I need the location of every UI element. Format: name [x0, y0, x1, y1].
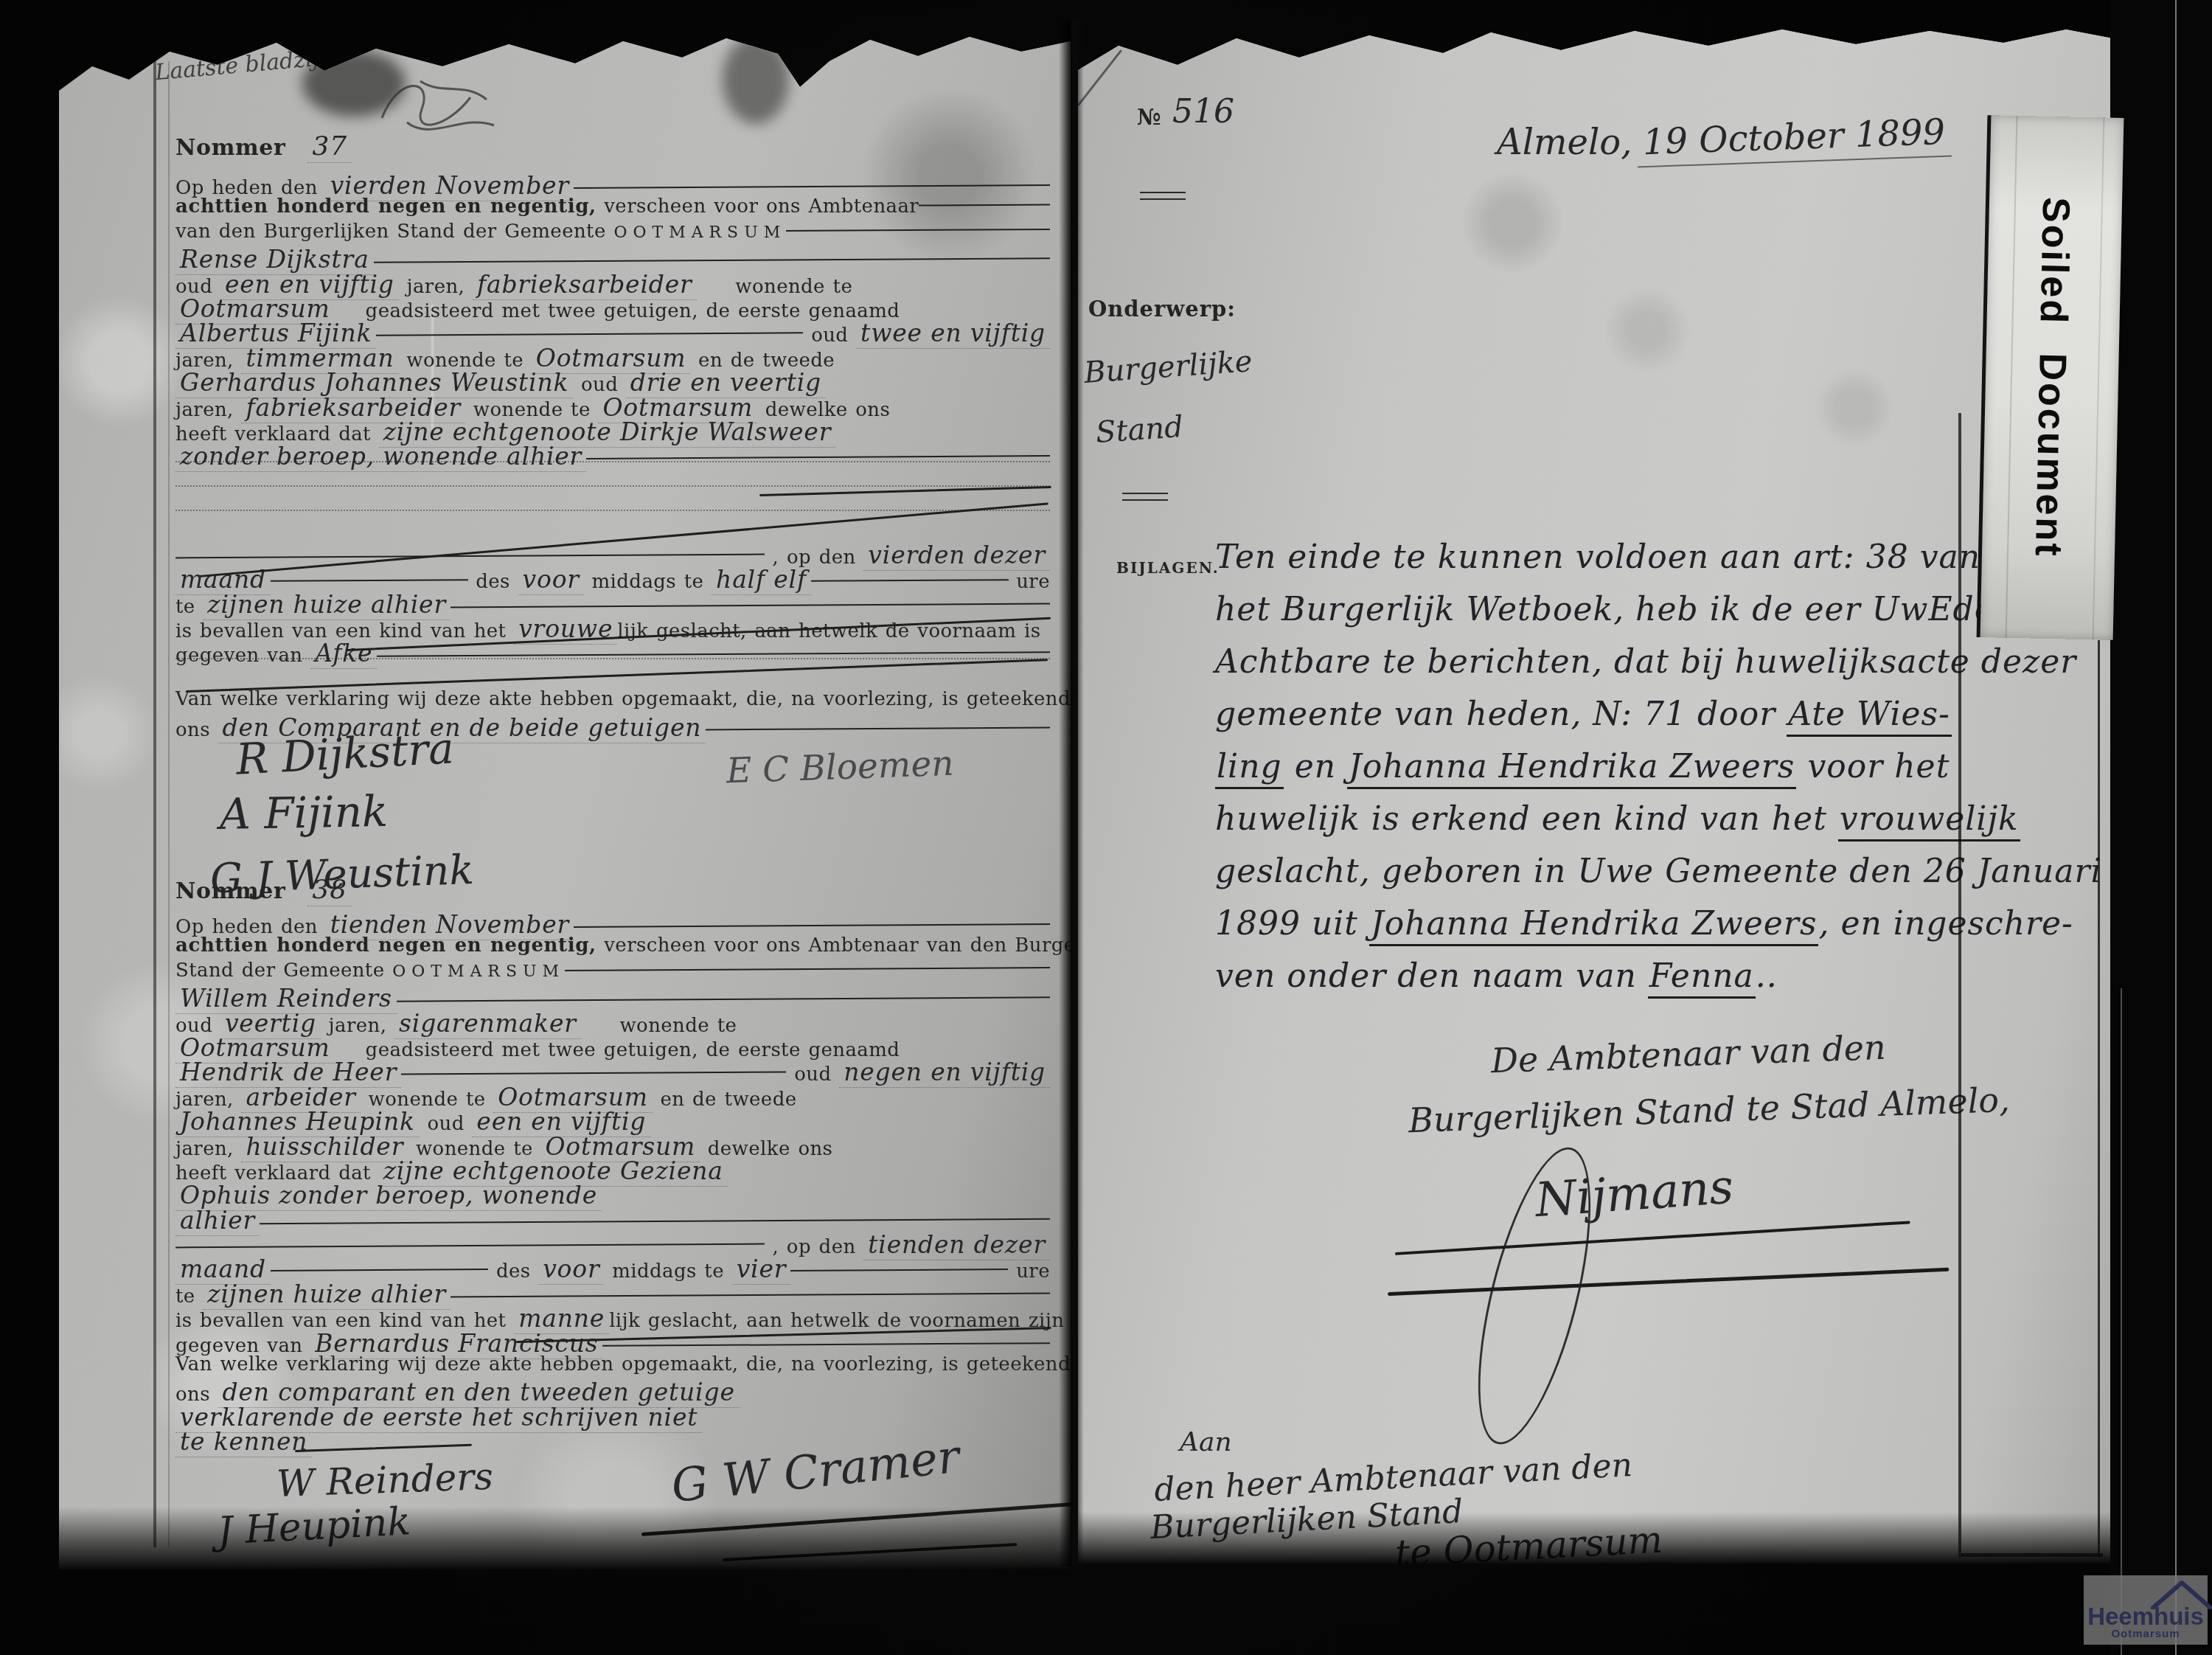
printed-text: wonende te [728, 276, 853, 298]
letter-page: № 516 Onderwerp: Burgerlijke Stand BIJLA… [1078, 22, 2112, 1564]
ink-rule [811, 579, 1009, 582]
signature-registrar: E C Bloemen [726, 743, 954, 792]
form-line: jaren, fabrieksarbeider wonende te Ootma… [175, 393, 1050, 417]
form-line: Op heden den tienden November [175, 910, 1050, 934]
signature-witness: J Heupink [217, 1499, 412, 1554]
act-38-lines: Op heden den tienden Novemberachttien ho… [175, 910, 1050, 1452]
printed-text: wonende te [612, 1015, 737, 1037]
printed-text: lijk geslacht, aan hetwelk de voornaam i… [617, 620, 1040, 642]
form-line [175, 516, 1050, 540]
handwritten-text: half elf [712, 565, 811, 595]
printed-text: jaren, [399, 276, 473, 298]
handwritten-underlined: Fenna [1648, 957, 1756, 999]
printed-text: Van welke verklaring wij deze akte hebbe… [175, 688, 1124, 710]
dotted-blank [175, 485, 1050, 487]
act-number-value: 37 [307, 131, 351, 163]
roof-icon [2150, 1580, 2212, 1609]
printed-text: ons [175, 719, 218, 741]
printed-text: verscheen voor ons Ambtenaar [597, 195, 919, 218]
form-line: achttien honderd negen en negentig, vers… [175, 934, 1050, 959]
form-line: verklarende de eerste het schrijven niet [175, 1403, 1050, 1427]
number-label: № [1137, 105, 1161, 131]
form-line: Ootmarsumgeadsisteerd met twee getuigen,… [175, 1033, 1050, 1058]
handwritten-text: te kennen [175, 1427, 312, 1457]
handwritten-text: zijnen huize alhier [203, 590, 451, 620]
printed-text: des [468, 571, 518, 593]
handwritten-text: tienden dezer [863, 1230, 1050, 1260]
handwritten-underlined: ling [1215, 748, 1284, 789]
ink-rule [451, 1292, 1050, 1297]
signature-declarant: R Dijkstra [234, 723, 455, 784]
ink-rule [451, 603, 1050, 608]
form-line: geslacht, geboren in Uwe Gemeente den 26… [1215, 853, 2070, 905]
ink-rule [401, 1072, 786, 1075]
printed-text: Stand der Gemeente [175, 960, 392, 982]
printed-text: geadsisteerd met twee getuigen, de eerst… [366, 300, 900, 322]
ink-rule [790, 1269, 1008, 1272]
ink-rule [374, 257, 1050, 263]
form-line: Stand der Gemeente OOTMARSUM [175, 960, 1050, 984]
handwritten-text: huwelijk is erkend een kind van het [1215, 800, 1838, 838]
ink-rule [271, 579, 468, 582]
form-line: Achtbare te berichten, dat bij huwelijks… [1215, 643, 2070, 695]
ink-rule [260, 1218, 1050, 1224]
address-salutation: Aan [1180, 1427, 1232, 1457]
form-line: ven onder den naam van Fenna.. [1215, 957, 2070, 1010]
handwritten-text: vier [732, 1255, 791, 1285]
handwritten-text: twee en vijftig [856, 319, 1050, 349]
handwritten-text: .. [1756, 957, 1778, 995]
form-line: Hendrik de Heer oud negen en vijftig [175, 1058, 1050, 1082]
printed-text-bold: achttien honderd negen en negentig, [175, 934, 597, 957]
soiled-document-label-text: Soiled Document [2026, 197, 2078, 559]
birth-act-38: Nommer 38 Op heden den tienden Novembera… [175, 875, 1050, 1452]
form-line: , op den vierden dezer [175, 541, 1050, 565]
divider [1140, 192, 1186, 200]
register-page: Laatste bladzijde Nommer 37 Op heden den… [59, 21, 1071, 1569]
ink-rule [377, 652, 1050, 658]
ink-rule [175, 1243, 765, 1249]
pen-mark [1077, 49, 1122, 106]
soiled-document-label: Soiled Document [1977, 115, 2124, 640]
ink-rule [602, 1342, 1050, 1347]
handwritten-text: Afke [310, 639, 377, 669]
ink-rule [919, 204, 1050, 207]
form-line: Van welke verklaring wij deze akte hebbe… [175, 1353, 1050, 1378]
signature-witness-1: A Fijink [219, 786, 388, 839]
page-edge-line [1958, 413, 1961, 1558]
handwritten-text: het Burgerlijk Wetboek, heb ik de eer Uw… [1215, 591, 2017, 628]
form-line: Ten einde te kunnen voldoen aan art: 38 … [1215, 538, 2070, 591]
signature-flourish [1388, 1268, 1949, 1296]
ink-rule [376, 333, 803, 337]
printed-text: geadsisteerd met twee getuigen, de eerst… [366, 1039, 900, 1061]
dateline-date: 19 October 1899 [1636, 111, 1952, 168]
form-line: huwelijk is erkend een kind van het vrou… [1215, 800, 2070, 853]
printed-text: oud [804, 325, 857, 347]
subject-value-line2: Stand [1095, 410, 1185, 450]
page-edge-line [2098, 640, 2100, 1558]
form-line: het Burgerlijk Wetboek, heb ik de eer Uw… [1215, 591, 2070, 643]
closing-line1: De Ambtenaar van den [1490, 1027, 1886, 1081]
form-line: van den Burgerlijken Stand der Gemeente … [175, 221, 1050, 245]
form-line: oud een en vijftig jaren, fabrieksarbeid… [175, 270, 1050, 294]
form-line: Willem Reinders [175, 984, 1050, 1008]
handwritten-text: 1899 uit [1215, 905, 1369, 943]
ink-rule [574, 923, 1050, 928]
ink-rule [271, 1269, 488, 1272]
form-line: 1899 uit Johanna Hendrika Zweers, en ing… [1215, 905, 2070, 957]
document-scan: Laatste bladzijde Nommer 37 Op heden den… [0, 0, 2212, 1655]
printed-text: oud [787, 1064, 840, 1086]
printed-text: ure [1009, 1260, 1050, 1283]
form-line: gemeente van heden, N: 71 door Ate Wies- [1215, 695, 2070, 748]
ink-rule [397, 996, 1050, 1002]
handwritten-text: ven onder den naam van [1215, 957, 1648, 995]
printed-text: gegeven van [175, 645, 310, 667]
act-number-value: 38 [307, 875, 351, 906]
handwritten-text: gemeente van heden, N: 71 door [1215, 695, 1787, 733]
signature-flourish [1395, 1221, 1910, 1255]
act-37-lines: Op heden den vierden Novemberachttien ho… [175, 171, 1050, 738]
form-line: Van welke verklaring wij deze akte hebbe… [175, 688, 1050, 712]
watermark-place: Ootmarsum [2111, 1628, 2180, 1640]
printed-text: jaren, [175, 399, 241, 421]
handwritten-text: voor [538, 1255, 604, 1285]
printed-text: des [488, 1260, 538, 1283]
printed-text: oud [420, 1113, 473, 1135]
scan-background-edge [2110, 0, 2212, 1655]
printed-text: middags te [604, 1260, 731, 1283]
form-line: Rense Dijkstra [175, 245, 1050, 269]
form-line: achttien honderd negen en negentig, vers… [175, 195, 1050, 220]
form-line: jaren, huisschilder wonende te Ootmarsum… [175, 1132, 1050, 1156]
handwritten-underlined: Ate Wies- [1787, 695, 1952, 737]
handwritten-text: fabrieksarbeider [473, 270, 697, 300]
printed-text-bold: achttien honderd negen en negentig, [175, 195, 597, 218]
handwritten-text: , en ingeschre- [1818, 905, 2073, 943]
printed-text: te [175, 596, 203, 618]
handwritten-underlined: Johanna Hendrika Zweers [1347, 748, 1796, 789]
printed-text: ure [1009, 571, 1050, 593]
dotted-blank [175, 461, 1050, 462]
printed-text: en de tweede [653, 1089, 797, 1111]
number-value: 516 [1172, 93, 1234, 131]
handwritten-text: vierden dezer [863, 541, 1050, 571]
form-line: te zijnen huize alhier [175, 590, 1050, 614]
film-scratch [2175, 0, 2177, 1655]
form-line: , op den tienden dezer [175, 1230, 1050, 1255]
handwritten-text: zijnen huize alhier [203, 1280, 451, 1310]
handwritten-text: sigarenmaker [394, 1009, 581, 1039]
heemhuis-watermark: Heemhuis Ootmarsum [2084, 1575, 2208, 1645]
handwritten-text: Ten einde te kunnen voldoen aan art: 38 … [1215, 538, 1980, 576]
attachments-label: BIJLAGEN. [1116, 559, 1220, 577]
dateline-city: Almelo, [1497, 122, 1632, 163]
form-line [175, 491, 1050, 516]
dotted-blank [175, 510, 1050, 511]
ink-rule [565, 967, 1050, 971]
film-scratch [2121, 988, 2122, 1655]
signature-declarant: W Reinders [276, 1455, 494, 1505]
book-spine-shadow [1059, 21, 1084, 1566]
ink-rule [786, 229, 1050, 232]
form-line: ons den comparant en den tweeden getuige [175, 1378, 1050, 1402]
handwritten-text: Achtbare te berichten, dat bij huwelijks… [1215, 643, 2076, 681]
divider [1122, 493, 1168, 501]
act-number-label: Nommer [175, 878, 285, 904]
ink-rule [574, 184, 1050, 189]
printed-text: te [175, 1286, 203, 1308]
form-line: Op heden den vierden November [175, 171, 1050, 195]
form-line: oud veertig jaren, sigarenmaker wonende … [175, 1009, 1050, 1033]
printed-smallcaps: OOTMARSUM [613, 223, 786, 242]
handwritten-underlined: vrouwelijk [1838, 800, 2020, 842]
form-line: te zijnen huize alhier [175, 1280, 1050, 1304]
letter-body-lines: Ten einde te kunnen voldoen aan art: 38 … [1215, 538, 2070, 1010]
subject-label: Onderwerp: [1088, 296, 1236, 322]
binding-crease [153, 61, 156, 1547]
binding-crease [168, 61, 170, 1547]
closing-line2: Burgerlijken Stand te Stad Almelo, [1408, 1080, 2010, 1140]
page-edge-line [1961, 1553, 2103, 1557]
signature-flourish [723, 1543, 1018, 1561]
ink-rule [586, 455, 1050, 459]
act-number-row: Nommer 37 [175, 131, 1050, 171]
printed-smallcaps: OOTMARSUM [392, 962, 565, 981]
handwritten-text: voor [518, 565, 584, 595]
handwritten-text: en [1284, 748, 1347, 785]
act-number-label: Nommer [175, 135, 285, 161]
printed-text: middags te [584, 571, 712, 593]
form-line: Albertus Fijink oud twee en vijftig [175, 319, 1050, 343]
handwritten-text: voor het [1796, 748, 1950, 785]
ink-smudge [723, 35, 789, 124]
birth-act-37: Nommer 37 Op heden den vierden Novembera… [175, 131, 1050, 738]
handwritten-underlined: Johanna Hendrika Zweers [1369, 905, 1818, 946]
address-line3: te Ootmarsum [1387, 1518, 1672, 1579]
ink-rule [706, 726, 1050, 730]
form-line: Johannes Heupink oud een en vijftig [175, 1107, 1050, 1131]
printed-text: Van welke verklaring wij deze akte hebbe… [175, 1353, 1124, 1375]
dotted-blank [175, 658, 1050, 659]
handwritten-text: alhier [175, 1206, 260, 1236]
form-line: ling en Johanna Hendrika Zweers voor het [1215, 748, 2070, 800]
printed-text: jaren, [175, 1138, 241, 1160]
printed-text: van den Burgerlijken Stand der Gemeente [175, 221, 613, 243]
handwritten-text: negen en vijftig [839, 1058, 1050, 1088]
handwritten-text: zonder beroep, wonende alhier [175, 442, 586, 472]
handwritten-text: geslacht, geboren in Uwe Gemeente den 26… [1215, 853, 2102, 890]
act-number-row: Nommer 38 [175, 875, 1050, 910]
subject-value-line1: Burgerlijke [1083, 344, 1253, 390]
letter-body: Ten einde te kunnen voldoen aan art: 38 … [1215, 538, 2070, 1010]
